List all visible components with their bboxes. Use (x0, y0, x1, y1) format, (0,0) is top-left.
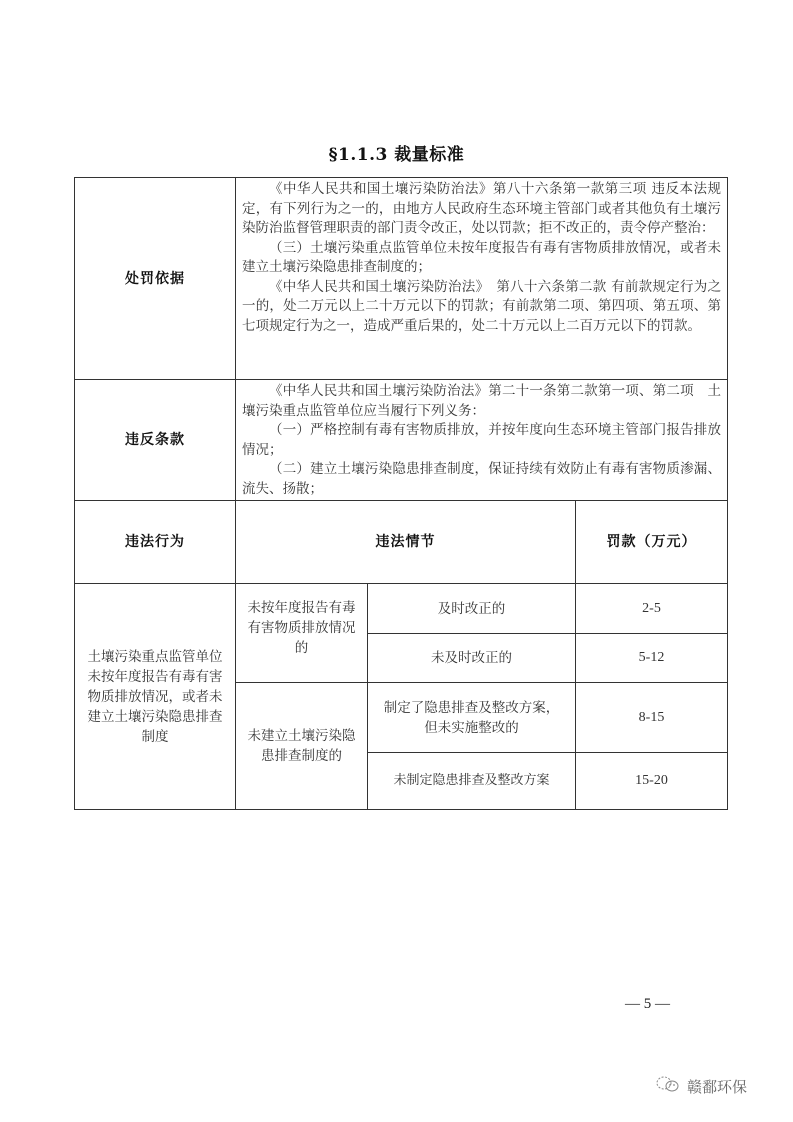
circumstance-cell: 制定了隐患排查及整改方案，但未实施整改的 (368, 683, 576, 753)
behavior-text: 土壤污染重点监管单位未按年度报告有毒有害物质排放情况，或者未建立土壤污染隐患排查… (81, 647, 229, 747)
clause-paragraph: 《中华人民共和国土壤污染防治法》第二十一条第二款第一项、第二项 土壤污染重点监管… (242, 382, 721, 421)
header-fine: 罚款（万元） (576, 501, 727, 584)
circumstance-text: 制定了隐患排查及整改方案，但未实施整改的 (378, 698, 565, 738)
violated-clause-content: 《中华人民共和国土壤污染防治法》第二十一条第二款第一项、第二项 土壤污染重点监管… (236, 380, 727, 501)
fine-cell: 8-15 (576, 683, 727, 753)
circumstance-cell: 未及时改正的 (368, 634, 576, 683)
watermark: 赣鄱环保 (655, 1074, 747, 1098)
basis-paragraph: 《中华人民共和国土壤污染防治法》 第八十六条第二款 有前款规定行为之一的，处二万… (242, 278, 721, 337)
basis-label: 处罚依据 (75, 178, 236, 380)
fine-cell: 2-5 (576, 584, 727, 634)
basis-paragraph: 《中华人民共和国土壤污染防治法》第八十六条第一款第三项 违反本法规定，有下列行为… (242, 180, 721, 239)
basis-content: 《中华人民共和国土壤污染防治法》第八十六条第一款第三项 违反本法规定，有下列行为… (236, 178, 727, 380)
wechat-icon (655, 1074, 681, 1098)
violated-clause-label: 违反条款 (75, 380, 236, 501)
situation-cell: 未建立土壤污染隐患排查制度的 (236, 683, 368, 809)
situation-text: 未按年度报告有毒有害物质排放情况的 (244, 598, 359, 658)
situation-cell: 未按年度报告有毒有害物质排放情况的 (236, 584, 368, 683)
circumstance-cell: 未制定隐患排查及整改方案 (368, 753, 576, 809)
header-behavior: 违法行为 (75, 501, 236, 584)
circumstance-cell: 及时改正的 (368, 584, 576, 634)
fine-cell: 5-12 (576, 634, 727, 683)
clause-paragraph: （二）建立土壤污染隐患排查制度，保证持续有效防止有毒有害物质渗漏、流失、扬散； (242, 460, 721, 499)
header-circumstance: 违法情节 (236, 501, 576, 584)
basis-paragraph: （三）土壤污染重点监管单位未按年度报告有毒有害物质排放情况，或者未建立土壤污染隐… (242, 239, 721, 278)
fine-cell: 15-20 (576, 753, 727, 809)
section-title: §1.1.3 裁量标准 (0, 140, 793, 165)
clause-paragraph: （一）严格控制有毒有害物质排放，并按年度向生态环境主管部门报告排放情况； (242, 421, 721, 460)
page-number: — 5 — (625, 996, 670, 1013)
discretion-table: 处罚依据 《中华人民共和国土壤污染防治法》第八十六条第一款第三项 违反本法规定，… (74, 177, 728, 810)
watermark-text: 赣鄱环保 (687, 1076, 747, 1097)
behavior-cell: 土壤污染重点监管单位未按年度报告有毒有害物质排放情况，或者未建立土壤污染隐患排查… (75, 584, 236, 809)
situation-text: 未建立土壤污染隐患排查制度的 (244, 726, 359, 766)
